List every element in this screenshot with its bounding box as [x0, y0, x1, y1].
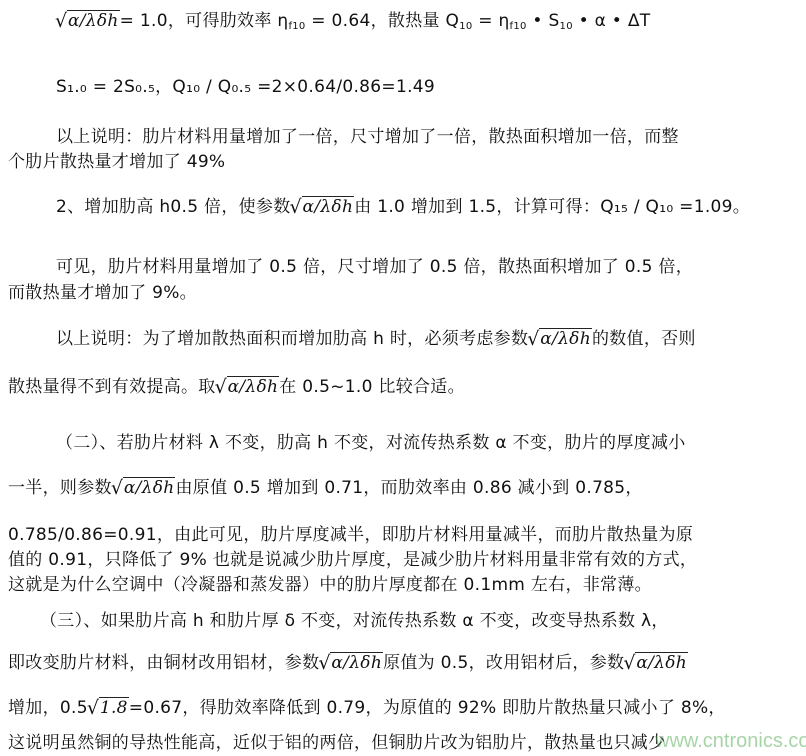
sqrt-parameter: α/λδh	[624, 652, 688, 674]
paragraph-line: 以上说明：为了增加散热面积而增加肋高 h 时，必须考虑参数α/λδh的数值，否则	[56, 328, 696, 350]
paragraph-line: 一半，则参数α/λδh由原值 0.5 增加到 0.71，而肋效率由 0.86 减…	[8, 477, 643, 499]
paragraph-line: 值的 0.91，只降低了 9% 也就是说减少肋片厚度，是减少肋片材料用量非常有效…	[8, 549, 697, 571]
formula-line-1: α/λδh= 1.0，可得肋效率 ηf10 = 0.64，散热量 Q10 = η…	[56, 10, 650, 38]
paragraph-line: 可见，肋片材料用量增加了 0.5 倍，尺寸增加了 0.5 倍，散热面积增加了 0…	[56, 256, 693, 278]
paragraph-line: （三）、如果肋片高 h 和肋片厚 δ 不变，对流传热系数 α 不变，改变导热系数…	[40, 610, 669, 632]
sqrt-parameter: α/λδh	[319, 652, 383, 674]
sqrt-1.8: 1.8	[88, 697, 129, 719]
paragraph-line: 散热量得不到有效提高。取α/λδh在 0.5~1.0 比较合适。	[8, 376, 465, 398]
watermark: www.cntronics.com	[655, 730, 806, 753]
paragraph-line: 即改变肋片材料，由铜材改用铝材，参数α/λδh原值为 0.5，改用铝材后，参数α…	[8, 652, 688, 674]
paragraph-line: （二）、若肋片材料 λ 不变，肋高 h 不变，对流传热系数 α 不变，肋片的厚度…	[56, 432, 686, 454]
sqrt-parameter: α/λδh	[528, 328, 592, 350]
paragraph-line: 这就是为什么空调中（冷凝器和蒸发器）中的肋片厚度都在 0.1mm 左右，非常薄。	[8, 574, 652, 596]
paragraph-line: 2、增加肋高 h0.5 倍，使参数α/λδh由 1.0 增加到 1.5，计算可得…	[56, 196, 750, 218]
paragraph-line: 这说明虽然铜的导热性能高，近似于铝的两倍，但铜肋片改为铝肋片，散热量也只减少	[8, 732, 665, 754]
paragraph-line: 而散热量才增加了 9%。	[8, 282, 197, 304]
sqrt-parameter: α/λδh	[291, 196, 355, 218]
paragraph-line: 0.785/0.86=0.91，由此可见，肋片厚度减半，即肋片材料用量减半，而肋…	[8, 524, 693, 546]
paragraph-line: 个肋片散热量才增加了 49%	[8, 151, 225, 173]
sqrt-parameter: α/λδh	[56, 10, 120, 32]
sqrt-parameter: α/λδh	[112, 477, 176, 499]
sqrt-parameter: α/λδh	[216, 376, 280, 398]
paragraph-line: 增加，0.51.8=0.67，得肋效率降低到 0.79，为原值的 92% 即肋片…	[8, 697, 726, 719]
formula-line-2: S₁.₀ = 2S₀.₅，Q₁₀ / Q₀.₅ =2×0.64/0.86=1.4…	[56, 76, 435, 98]
paragraph-line: 以上说明：肋片材料用量增加了一倍，尺寸增加了一倍，散热面积增加一倍，而整	[56, 126, 679, 148]
